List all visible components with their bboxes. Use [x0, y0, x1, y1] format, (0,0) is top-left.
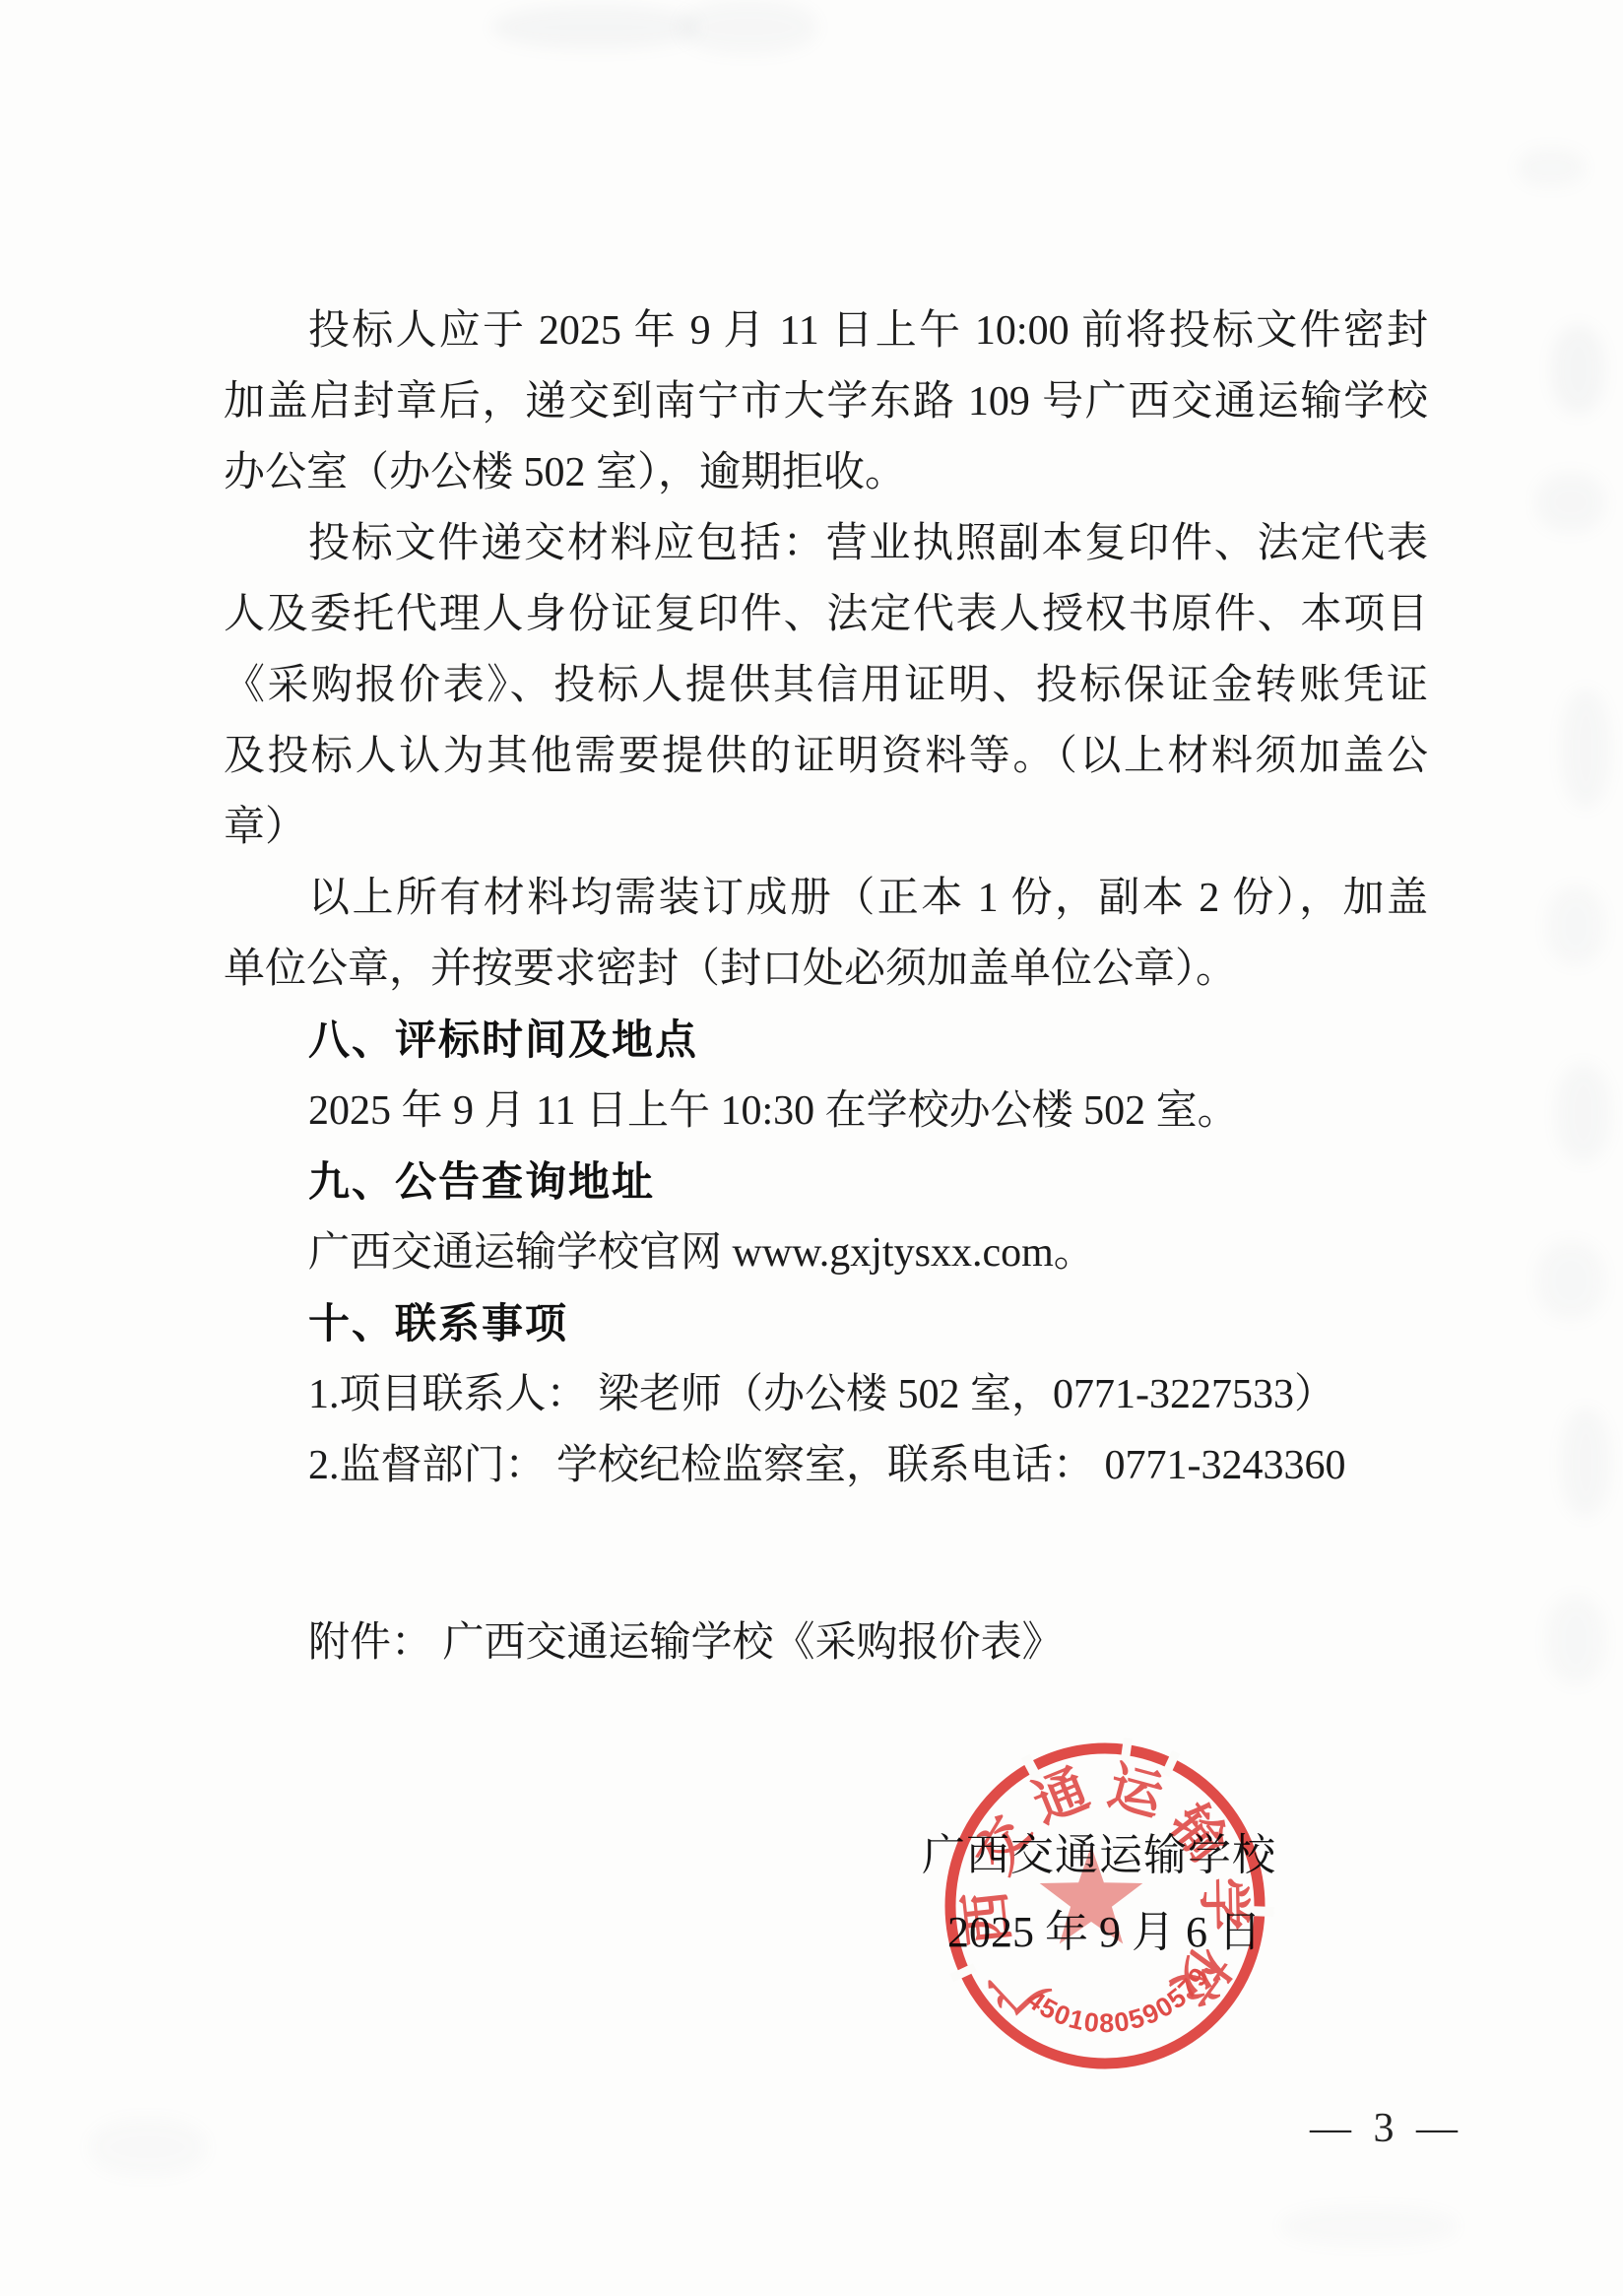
text-line: 章）	[224, 792, 1428, 863]
scan-smudge	[492, 5, 699, 49]
text-line: 2025 年 9 月 11 日上午 10:30 在学校办公楼 502 室。	[224, 1076, 1428, 1147]
text-line: 广西交通运输学校官网 www.gxjtysxx.com。	[224, 1217, 1428, 1288]
text-line: 《采购报价表》、投标人提供其信用证明、投标保证金转账凭证	[224, 650, 1428, 721]
scan-smudge	[1536, 473, 1605, 532]
scan-smudge	[1517, 148, 1586, 187]
text-line: 单位公章，并按要求密封（封口处必须加盖单位公章）。	[224, 934, 1428, 1005]
seal-arc-character: 通	[1025, 1759, 1097, 1834]
contact-line-2: 2.监督部门： 学校纪检监察室，联系电话： 0771-3243360	[224, 1430, 1428, 1501]
contact-line-1: 1.项目联系人： 梁老师（办公楼 502 室，0771-3227533）	[224, 1359, 1428, 1430]
seal-arc-character: 广	[979, 1947, 1059, 2026]
document-body: 投标人应于 2025 年 9 月 11 日上午 10:00 前将投标文件密封 加…	[224, 295, 1428, 1501]
scan-smudge	[1536, 1241, 1605, 1320]
seal-arc-character: 运	[1102, 1756, 1170, 1827]
text-line: 人及委托代理人身份证复印件、法定代表人授权书原件、本项目	[224, 579, 1428, 650]
text-line: 及投标人认为其他需要提供的证明资料等。（以上材料须加盖公	[224, 721, 1428, 792]
scan-smudge	[1561, 689, 1610, 808]
scan-smudge	[1546, 1596, 1605, 1684]
text-line: 投标人应于 2025 年 9 月 11 日上午 10:00 前将投标文件密封	[224, 295, 1428, 366]
scan-smudge	[680, 0, 817, 54]
text-line: 加盖启封章后，递交到南宁市大学东路 109 号广西交通运输学校	[224, 366, 1428, 437]
signature-org: 广西交通运输学校	[922, 1830, 1276, 1881]
scan-smudge	[1546, 886, 1605, 965]
text-line: 投标文件递交材料应包括：营业执照副本复印件、法定代表	[224, 508, 1428, 579]
scan-smudge	[1551, 325, 1605, 414]
scan-smudge	[1280, 2206, 1458, 2246]
seal-serial-number: 4501080590579	[1021, 1961, 1215, 2038]
section-heading-8: 八、评标时间及地点	[224, 1005, 1428, 1076]
text-line: 办公室（办公楼 502 室），逾期拒收。	[224, 437, 1428, 508]
section-heading-10: 十、联系事项	[224, 1288, 1428, 1359]
scan-smudge	[1561, 1409, 1610, 1517]
signature-date: 2025 年 9 月 6 日	[947, 1907, 1262, 1958]
scan-smudge	[89, 2118, 207, 2177]
scanned-document-page: 投标人应于 2025 年 9 月 11 日上午 10:00 前将投标文件密封 加…	[0, 0, 1623, 2296]
page-number: — 3 —	[1310, 2104, 1461, 2153]
text-line: 以上所有材料均需装订成册（正本 1 份，副本 2 份），加盖	[224, 863, 1428, 934]
scan-smudge	[1556, 1064, 1610, 1162]
attachment-line: 附件： 广西交通运输学校《采购报价表》	[224, 1607, 1513, 1678]
seal-ring	[950, 1748, 1260, 2064]
section-heading-9: 九、公告查询地址	[224, 1147, 1428, 1217]
